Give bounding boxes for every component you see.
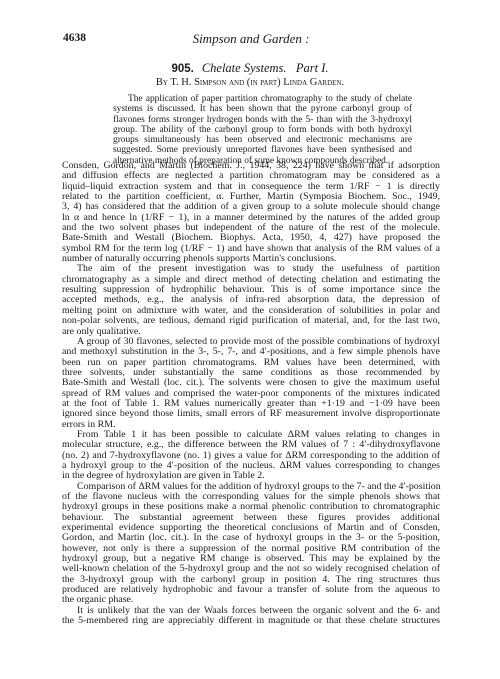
running-head-title: Simpson and Garden : <box>62 31 440 47</box>
body-line: non-polar solvents, are tedious, demand … <box>62 316 440 326</box>
abstract-line: flavones forms stronger hydrogen bonds w… <box>98 115 412 125</box>
body-line: and methoxyl substitution in the 3-, 5-,… <box>62 347 440 357</box>
paragraph-1: Consden, Gordon, and Martin (Biochem. J.… <box>62 161 440 264</box>
paragraph-4: From Table 1 it has been possible to cal… <box>62 430 440 482</box>
abstract: The application of paper partition chrom… <box>98 94 412 166</box>
paragraph-6: It is unlikely that the van der Waals fo… <box>62 606 440 627</box>
body-line: ignored since beyond those limits, small… <box>62 409 440 419</box>
paragraph-3: A group of 30 flavones, selected to prov… <box>62 337 440 430</box>
abstract-line: group. The ability of the carbonyl group… <box>98 125 412 135</box>
abstract-line: groups simultaneously has been observed … <box>98 135 412 145</box>
abstract-line: suggested. Some previously unreported fl… <box>98 145 412 155</box>
paragraph-2: The aim of the present investigation was… <box>62 264 440 336</box>
article-number: 905. <box>171 63 193 75</box>
body-text: Consden, Gordon, and Martin (Biochem. J.… <box>62 161 440 626</box>
article-title-text: Chelate Systems. Part I. <box>202 61 329 75</box>
byline: By T. H. Simpson and (in part) Linda Gar… <box>0 77 500 88</box>
article-title: 905.Chelate Systems. Part I. <box>0 61 500 76</box>
body-line: Bate-Smith and Westall (loc. cit.). The … <box>62 378 440 388</box>
abstract-line: The application of paper partition chrom… <box>98 94 412 104</box>
journal-page: 4638 Simpson and Garden : 905.Chelate Sy… <box>0 0 500 679</box>
body-line: the 5-membered ring are appreciably diff… <box>62 616 440 626</box>
abstract-line: systems is discussed. It has been shown … <box>98 104 412 114</box>
paragraph-5: Comparison of ΔRM values for the additio… <box>62 482 440 606</box>
running-head: 4638 Simpson and Garden : <box>62 32 440 48</box>
abstract-paragraph: The application of paper partition chrom… <box>98 94 412 166</box>
